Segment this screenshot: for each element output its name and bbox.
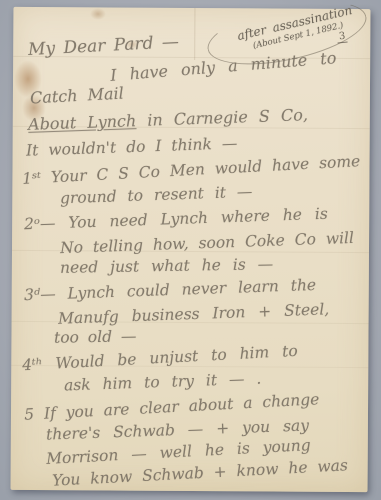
underlined-phrase: About Lynch [28, 111, 137, 134]
archival-corner-mark: 3 [336, 30, 348, 43]
vertical-fold-crease [194, 8, 195, 60]
letter-line: need just what he is — [60, 255, 273, 277]
letter-line: too old — [54, 327, 137, 346]
